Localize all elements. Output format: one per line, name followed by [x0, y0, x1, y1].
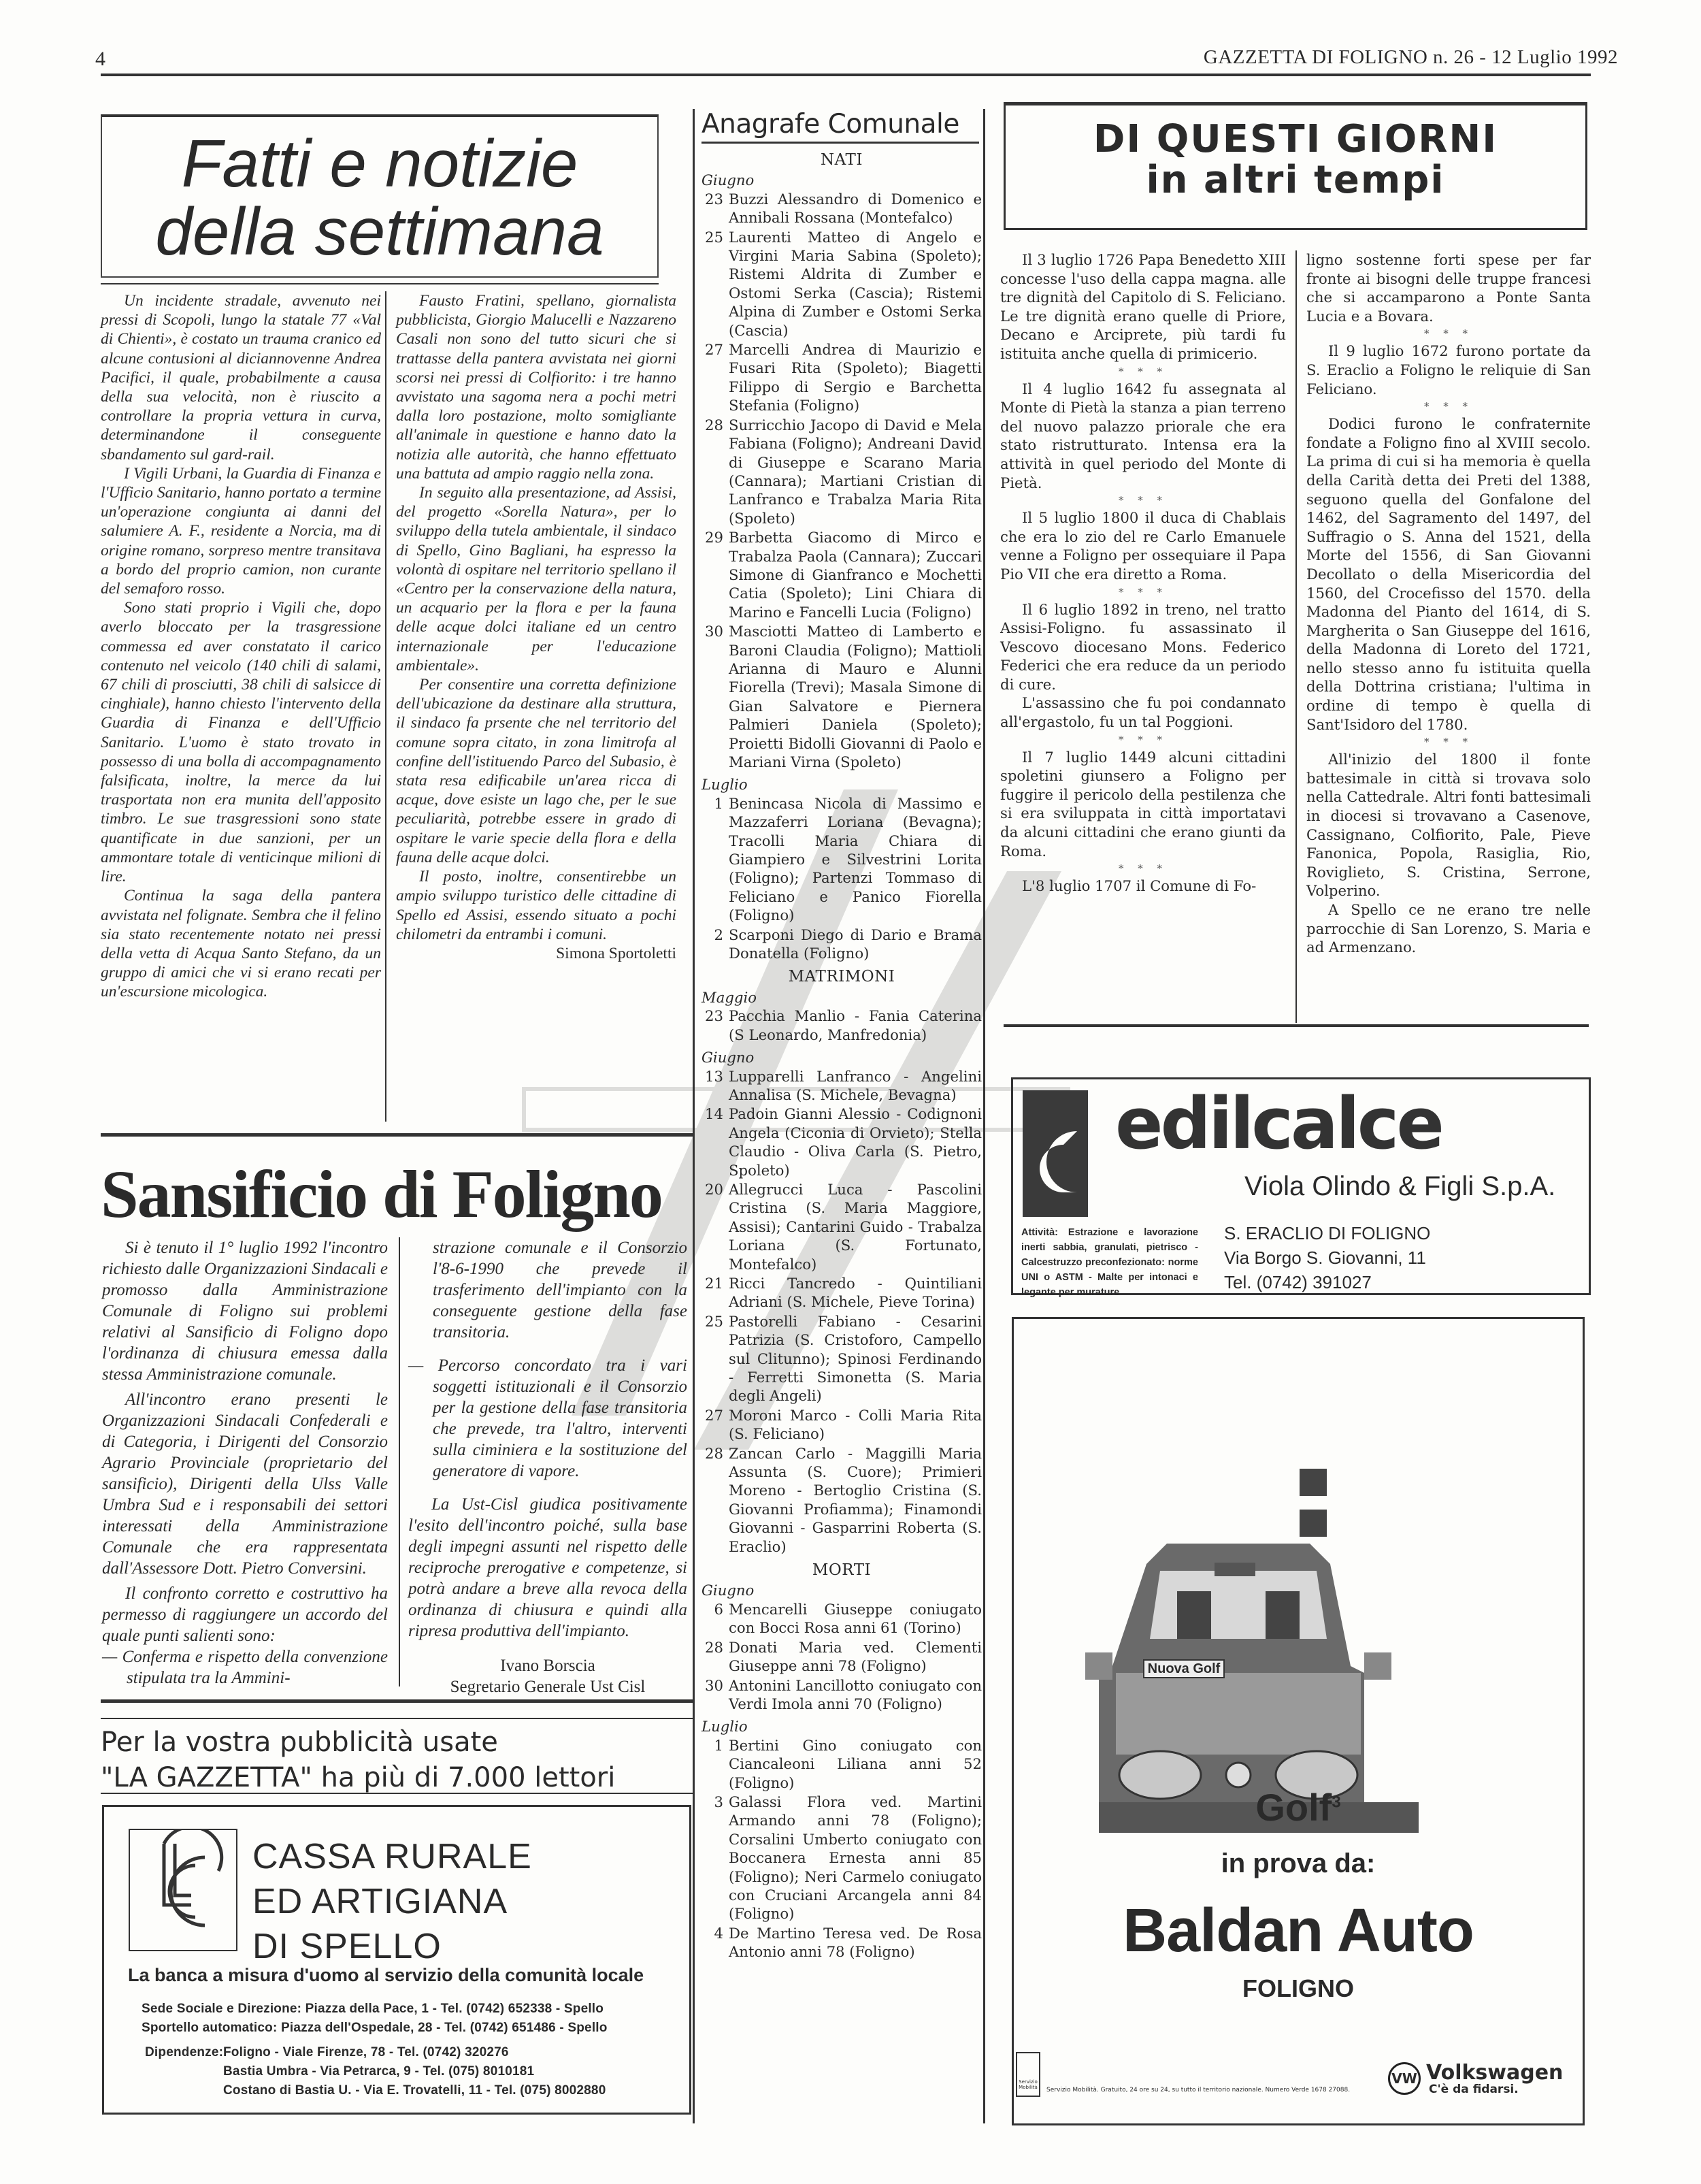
separator: * * * [1000, 860, 1286, 877]
list-item: 23Buzzi Alessandro di Domenico e Annibal… [701, 190, 982, 227]
fatti-paragraph: Fausto Fratini, spellano, giornalista pu… [396, 291, 676, 483]
anagrafe-list: NATI Giugno 23Buzzi Alessandro di Domeni… [701, 148, 982, 1962]
dqg-paragraph: ligno sostenne forti spese per far front… [1306, 250, 1591, 325]
fatti-rule [101, 283, 659, 284]
column-divider [399, 1237, 400, 1686]
volkswagen-ad: Nuova Golf Golf3 in prova da: Baldan Aut… [1012, 1317, 1585, 2125]
sansificio-bottom-rule [101, 1699, 693, 1703]
dqg-paragraph: L'assassino che fu poi condannato all'er… [1000, 694, 1286, 731]
sansificio-column-2: strazione comunale e il Consorzio l'8-6-… [408, 1237, 687, 1697]
dqg-paragraph: Il 3 luglio 1726 Papa Benedetto XIII con… [1000, 250, 1286, 363]
list-item: 6Mencarelli Giuseppe coniugato con Bocci… [701, 1600, 982, 1637]
month-label: Giugno [701, 171, 982, 189]
dealer-name: Baldan Auto [1014, 1896, 1583, 1966]
separator: * * * [1000, 363, 1286, 380]
cassa-branch: Bastia Umbra - Via Petrarca, 9 - Tel. (0… [223, 2064, 534, 2079]
sansificio-top-rule [101, 1133, 693, 1137]
cassa-branch: Foligno - Viale Firenze, 78 - Tel. (0742… [223, 2045, 509, 2060]
edilcalce-activity: Attività: Estrazione e lavorazione inert… [1021, 1225, 1198, 1300]
dqg-paragraph: Il 4 luglio 1642 fu assegnata al Monte d… [1000, 380, 1286, 493]
list-item: 29Barbetta Giacomo di Mirco e Trabalza P… [701, 528, 982, 621]
separator: * * * [1306, 734, 1591, 750]
list-item: 4De Martino Teresa ved. De Rosa Antonio … [701, 1924, 982, 1961]
dqg-paragraph: L'8 luglio 1707 il Comune di Fo- [1000, 877, 1286, 896]
servizio-mobilita-badge: Servizio Mobilità [1016, 2052, 1040, 2097]
list-item: 30Masciotti Matteo di Lamberto e Baroni … [701, 622, 982, 771]
cassa-logo-icon [129, 1829, 237, 1951]
sansificio-signature-name: Ivano Borscia [408, 1655, 687, 1676]
cassa-sede: Sede Sociale e Direzione: Piazza della P… [142, 2002, 604, 2017]
anagrafe-title: Anagrafe Comunale [701, 109, 959, 140]
sansificio-paragraph: All'incontro erano presenti le Organizza… [102, 1389, 388, 1579]
vw-logo-icon: VW [1388, 2062, 1421, 2095]
month-label: Giugno [701, 1581, 982, 1599]
fatti-column-1: Un incidente stradale, avvenuto nei pres… [101, 291, 381, 1002]
advertising-banner: Per la vostra pubblicità usate "LA GAZZE… [101, 1725, 691, 1795]
sansificio-paragraph: La Ust-Cisl giudica positivamente l'esit… [408, 1494, 687, 1642]
edilcalce-logo-icon [1023, 1090, 1088, 1217]
fatti-title: Fatti e notizie della settimana [102, 129, 657, 265]
dqg-column-2: ligno sostenne forti spese per far front… [1306, 250, 1591, 957]
dqg-paragraph: Il 5 luglio 1800 il duca di Chablais che… [1000, 508, 1286, 583]
dqg-paragraph: A Spello ce ne erano tre nelle parrocchi… [1306, 900, 1591, 957]
dqg-title: DI QUESTI GIORNI in altri tempi [1006, 119, 1585, 201]
sansificio-column-1: Si è tenuto il 1° luglio 1992 l'incontro… [102, 1237, 388, 1689]
fatti-signature: Simona Sportoletti [396, 944, 676, 963]
list-item: 21Ricci Tancredo - Quintiliani Adriani (… [701, 1274, 982, 1311]
list-item: 28Surricchio Jacopo di David e Mela Fabi… [701, 416, 982, 527]
fatti-paragraph: I Vigili Urbani, la Guardia di Finanza e… [101, 464, 381, 598]
banner-rule [101, 1718, 693, 1719]
running-head: GAZZETTA DI FOLIGNO n. 26 - 12 Luglio 19… [1204, 46, 1618, 69]
dqg-paragraph: Il 7 luglio 1449 alcuni cittadini spolet… [1000, 748, 1286, 861]
dqg-paragraph: Il 6 luglio 1892 in treno, nel tratto As… [1000, 600, 1286, 694]
sansificio-signature-title: Segretario Generale Ust Cisl [408, 1676, 687, 1697]
vw-brand: Volkswagen [1426, 2061, 1563, 2085]
fatti-headline-box: Fatti e notizie della settimana [101, 114, 659, 278]
sansificio-point: strazione comunale e il Consorzio l'8-6-… [408, 1237, 687, 1343]
dqg-paragraph: All'inizio del 1800 il fonte battesimale… [1306, 750, 1591, 900]
edilcalce-address: S. ERACLIO DI FOLIGNO Via Borgo S. Giova… [1224, 1221, 1430, 1294]
edilcalce-company: Viola Olindo & Figli S.p.A. [1244, 1171, 1555, 1202]
cassa-slogan: La banca a misura d'uomo al servizio del… [128, 1965, 644, 1986]
list-item: 2Scarponi Diego di Dario e Brama Donatel… [701, 926, 982, 963]
dqg-bottom-rule [1004, 1024, 1589, 1027]
list-item: 30Antonini Lancillotto coniugato con Ver… [701, 1676, 982, 1714]
page-number: 4 [95, 48, 105, 71]
list-item: 3Galassi Flora ved. Martini Armando anni… [701, 1793, 982, 1923]
column-divider [385, 291, 386, 1122]
month-label: Maggio [701, 988, 982, 1007]
sansificio-point: — Conferma e rispetto della convenzione … [102, 1646, 388, 1689]
cassa-dipendenze-label: Dipendenze: [145, 2045, 223, 2060]
matrimoni-heading: MATRIMONI [701, 968, 982, 986]
list-item: 28Donati Maria ved. Clementi Giuseppe an… [701, 1638, 982, 1676]
dealer-city: FOLIGNO [1014, 1974, 1583, 2003]
list-item: 14Padoin Gianni Alessio - Codignoni Ange… [701, 1105, 982, 1179]
golf-car-illustration [1058, 1448, 1419, 1833]
list-item: 25Laurenti Matteo di Angelo e Virgini Ma… [701, 228, 982, 340]
dqg-paragraph: Il 9 luglio 1672 furono portate da S. Er… [1306, 342, 1591, 398]
dqg-column-1: Il 3 luglio 1726 Papa Benedetto XIII con… [1000, 250, 1286, 896]
list-item: 13Lupparelli Lanfranco - Angelini Annali… [701, 1067, 982, 1105]
list-item: 27Marcelli Andrea di Maurizio e Fusari R… [701, 340, 982, 415]
edilcalce-brand: edilcalce [1115, 1086, 1442, 1161]
separator: * * * [1306, 325, 1591, 342]
cassa-name: CASSA RURALE ED ARTIGIANA DI SPELLO [252, 1834, 532, 1969]
anagrafe-section: Anagrafe Comunale NATI Giugno 23Buzzi Al… [693, 109, 985, 2123]
list-item: 27Moroni Marco - Colli Maria Rita (S. Fe… [701, 1406, 982, 1444]
fatti-column-2: Fausto Fratini, spellano, giornalista pu… [396, 291, 676, 963]
separator: * * * [1306, 398, 1591, 414]
header-rule [101, 74, 1591, 76]
list-item: 25Pastorelli Fabiano - Cesarini Patrizia… [701, 1312, 982, 1405]
list-item: 1Bertini Gino coniugato con Ciancaleoni … [701, 1736, 982, 1792]
fatti-paragraph: Per consentire una corretta definizione … [396, 675, 676, 867]
list-item: 1Benincasa Nicola di Massimo e Mazzaferr… [701, 794, 982, 925]
column-divider [1295, 250, 1297, 1023]
fatti-paragraph: Sono stati proprio i Vigili che, dopo av… [101, 598, 381, 886]
list-item: 23Pacchia Manlio - Fania Caterina (S Leo… [701, 1007, 982, 1044]
separator: * * * [1000, 492, 1286, 508]
servizio-mobilita-text: Servizio Mobilità. Gratuito, 24 ore su 2… [1046, 2087, 1350, 2093]
cassa-rurale-ad: CASSA RURALE ED ARTIGIANA DI SPELLO La b… [102, 1805, 691, 2115]
list-item: 20Allegrucci Luca - Pascolini Cristina (… [701, 1180, 982, 1273]
sansificio-paragraph: Si è tenuto il 1° luglio 1992 l'incontro… [102, 1237, 388, 1385]
month-label: Luglio [701, 1717, 982, 1735]
separator: * * * [1000, 584, 1286, 600]
morti-heading: MORTI [701, 1561, 982, 1580]
fatti-paragraph: Un incidente stradale, avvenuto nei pres… [101, 291, 381, 464]
fatti-paragraph: Il posto, inoltre, consentirebbe un ampi… [396, 867, 676, 944]
cassa-sportello: Sportello automatico: Piazza dell'Ospeda… [142, 2021, 608, 2036]
dqg-headline-box: DI QUESTI GIORNI in altri tempi [1004, 102, 1587, 230]
month-label: Luglio [701, 775, 982, 794]
vw-tagline: in prova da: [1014, 1848, 1583, 1879]
sansificio-point: — Percorso concordato tra i vari soggett… [408, 1355, 687, 1482]
cassa-branch: Costano di Bastia U. - Via E. Trovatelli… [223, 2083, 606, 2098]
anagrafe-title-rule [701, 142, 979, 144]
vw-slogan: C'è da fidarsi. [1429, 2083, 1519, 2096]
fatti-paragraph: In seguito alla presentazione, ad Assisi… [396, 483, 676, 675]
sansificio-paragraph: Il confronto corretto e costruttivo ha p… [102, 1583, 388, 1646]
month-label: Giugno [701, 1048, 982, 1066]
dqg-paragraph: Dodici furono le confraternite fondate a… [1306, 414, 1591, 734]
separator: * * * [1000, 732, 1286, 748]
license-plate: Nuova Golf [1143, 1659, 1225, 1678]
nati-heading: NATI [701, 151, 982, 169]
edilcalce-ad: edilcalce Viola Olindo & Figli S.p.A. At… [1011, 1077, 1591, 1295]
banner-rule [101, 1793, 693, 1794]
fatti-paragraph: Continua la saga della pantera avvistata… [101, 886, 381, 1001]
golf3-title: Golf3 [1014, 1785, 1583, 1829]
sansificio-title: Sansificio di Foligno [101, 1157, 693, 1232]
list-item: 28Zancan Carlo - Maggilli Maria Assunta … [701, 1444, 982, 1556]
